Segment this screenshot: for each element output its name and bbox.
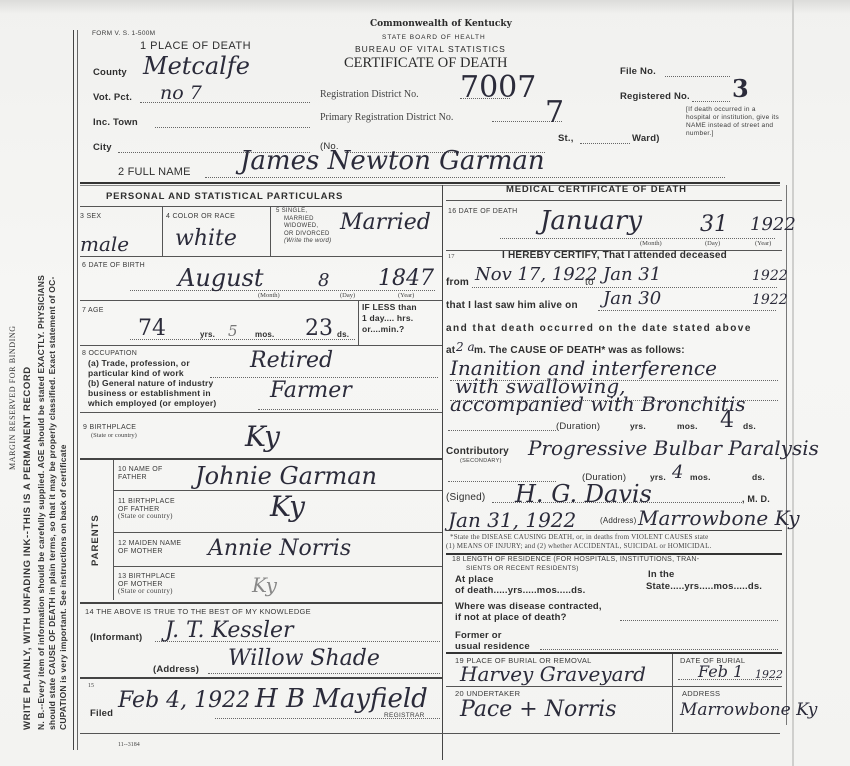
informant-value: J. T. Kessler [165, 618, 294, 643]
footnote-line-1: *State the DISEASE CAUSING DEATH, or, in… [450, 533, 708, 541]
marital-label-line: MARRIED [276, 216, 331, 224]
parents-side-divider [113, 460, 114, 600]
duration-1-ds-label: ds. [743, 421, 756, 431]
county-value: Metcalfe [143, 52, 250, 80]
filed-date: Feb 4, 1922 [118, 688, 250, 713]
bottom-divider [80, 733, 780, 734]
registrar-label: REGISTRAR [384, 712, 425, 719]
duration-2-ds-label: ds. [752, 472, 765, 482]
duration-1-dots [448, 430, 556, 431]
undertaker-address-value: Marrowbone Ky [680, 700, 817, 720]
sex-race-divider [162, 206, 163, 256]
secondary-label: (SECONDARY) [460, 458, 502, 464]
race-label: 4 COLOR OR RACE [166, 213, 235, 220]
former-line: Former or [455, 630, 530, 641]
vot-pct-label: Vot. Pct. [93, 92, 132, 103]
dod-day-caption: (Day) [705, 240, 720, 247]
birthplace-label: 9 BIRTHPLACE [83, 424, 136, 431]
race-marital-divider [270, 206, 271, 256]
note-line-1: N. B.--Every item of information should … [36, 275, 46, 730]
contracted-dots [620, 620, 778, 621]
father-name-value: Johnie Garman [195, 462, 377, 490]
residence-label-2: SIENTS OR RECENT RESIDENTS) [466, 565, 579, 572]
in-state-line: In the [646, 569, 762, 581]
dod-year: 1922 [750, 214, 796, 235]
vot-pct-value: no 7 [160, 82, 202, 104]
occ-a-label: (a) Trade, profession, or particular kin… [88, 358, 190, 378]
marital-label-line: (Write the word) [276, 238, 331, 246]
duration-2-mos-label: mos. [690, 472, 711, 482]
occ-b-line: which employed (or employer) [88, 398, 216, 408]
marital-label-line: WIDOWED, [276, 223, 331, 231]
left-border-line [73, 30, 74, 750]
registrar-signature: H B Mayfield [255, 684, 428, 714]
hospital-note: [If death occurred in a hospital or inst… [686, 106, 782, 138]
inc-town-label: Inc. Town [93, 117, 138, 128]
full-name-value: James Newton Garman [240, 146, 545, 176]
marital-label-line: OR DIVORCED [276, 231, 331, 239]
scan-edge-shadow [0, 0, 850, 14]
disease-contracted: Where was disease contracted, if not at … [455, 601, 602, 623]
informant-address-value: Willow Shade [228, 646, 380, 671]
full-name-line [205, 177, 725, 178]
dod-label: 16 DATE OF DEATH [448, 208, 518, 215]
age-years: 74 [138, 316, 166, 341]
dod-line [500, 238, 775, 239]
dob-day-caption: (Day) [340, 292, 355, 299]
father-birthplace-label-line: 11 BIRTHPLACE [118, 498, 175, 506]
dob-year-caption: (Year) [398, 292, 414, 299]
father-birthplace-label-line: (State or country) [118, 513, 175, 521]
signed-label: (Signed) [446, 492, 485, 503]
former-line: usual residence [455, 641, 530, 652]
mother-birthplace-label-line: 13 BIRTHPLACE [118, 573, 175, 581]
last-saw-value: Jan 30 [603, 288, 661, 309]
mother-birthplace-value: Ky [252, 573, 277, 597]
burial-divider [446, 652, 782, 654]
primary-reg-value: 7 [545, 95, 564, 130]
medical-title-divider [446, 200, 782, 201]
city-label: City [93, 142, 112, 153]
contributory-label: Contributory [446, 446, 509, 457]
contracted-line: Where was disease contracted, [455, 601, 602, 612]
death-certificate-page: MARGIN RESERVED FOR BINDING WRITE PLAINL… [0, 0, 850, 766]
former-dots [540, 649, 778, 650]
residence-label-1: 18 LENGTH OF RESIDENCE (FOR HOSPITALS, I… [452, 556, 699, 563]
mother-birthplace-label-line: (State or country) [118, 588, 175, 596]
medical-section-title: MEDICAL CERTIFICATE OF DEATH [506, 184, 687, 195]
in-state-line: State.....yrs.....mos.....ds. [646, 581, 762, 593]
duration-1-mos-label: mos. [677, 421, 698, 431]
at-place-line: of death.....yrs.....mos.....ds. [455, 585, 585, 596]
dob-month: August [178, 264, 264, 292]
occupation-label: 8 OCCUPATION [82, 350, 137, 357]
race-value: white [175, 226, 237, 251]
filed-divider [80, 677, 442, 679]
ward-label: Ward) [632, 133, 660, 144]
informant-address-line [208, 673, 440, 674]
to-year: 1922 [752, 268, 788, 284]
duration-1-yrs-label: yrs. [630, 421, 646, 431]
parents-side-label: PARENTS [90, 514, 101, 566]
form-number: FORM V. S. 1-500M [92, 30, 155, 37]
if-less-line: 1 day.... hrs. [362, 313, 417, 324]
at-time: 2 a [456, 340, 475, 354]
last-saw-line [598, 310, 776, 311]
sex-label: 3 SEX [80, 213, 101, 220]
mother-name-label-line: 12 MAIDEN NAME [118, 540, 181, 548]
from-date: Nov 17, 1922 [475, 264, 598, 285]
sex-value: male [80, 232, 129, 256]
reg-district-label: Registration District No. [320, 89, 419, 100]
commonwealth-heading: Commonwealth of Kentucky [370, 19, 512, 29]
undertaker-address-label: ADDRESS [682, 689, 720, 698]
duration-1-days: 4 [720, 408, 734, 433]
if-less-label: IF LESS than 1 day.... hrs. or....min.? [362, 302, 417, 335]
undertaker-value: Pace + Norris [460, 697, 617, 722]
margin-reserved-text: MARGIN RESERVED FOR BINDING [8, 325, 17, 470]
dod-year-caption: (Year) [755, 240, 771, 247]
left-border-line-inner [77, 30, 78, 750]
place-of-death-label: 1 PLACE OF DEATH [140, 40, 251, 52]
form-code: 11--3184 [118, 742, 140, 748]
file-no-line [665, 76, 730, 77]
dod-month: January [540, 206, 642, 236]
father-name-label-line: FATHER [118, 474, 163, 482]
at-place-of-death: At place of death.....yrs.....mos.....ds… [455, 574, 585, 596]
age-less-divider [358, 300, 359, 345]
duration-1-label: (Duration) [556, 421, 600, 432]
informant-section-label: 14 THE ABOVE IS TRUE TO THE BEST OF MY K… [85, 607, 311, 616]
note-line-3: CUPATION is very important. See instruct… [58, 444, 68, 730]
paper-right-edge [792, 0, 794, 766]
cause-text: m. The CAUSE OF DEATH* was as follows: [474, 345, 685, 356]
mother-birthplace-label: 13 BIRTHPLACE OF MOTHER (State or countr… [118, 573, 175, 596]
father-birthplace-value: Ky [270, 490, 305, 523]
filed-label: Filed [90, 708, 113, 719]
dod-month-caption: (Month) [640, 240, 662, 247]
dob-year: 1847 [378, 266, 434, 291]
column-divider [442, 185, 443, 760]
yrs-label: yrs. [200, 330, 215, 339]
contributory-value: Progressive Bulbar Paralysis [528, 436, 819, 460]
duration-2-yrs-label: yrs. [650, 472, 666, 482]
occ-b-line: (b) General nature of industry [88, 378, 216, 388]
at-label: at [446, 345, 455, 356]
dob-month-caption: (Month) [258, 292, 280, 299]
father-birthplace-label: 11 BIRTHPLACE OF FATHER (State or countr… [118, 498, 175, 521]
county-label: County [93, 67, 127, 78]
birthplace-sub: (State or country) [91, 432, 137, 439]
occ-a-line: particular kind of work [88, 368, 190, 378]
if-less-line: or....min.? [362, 324, 417, 335]
from-label: from [446, 277, 469, 288]
at-place-line: At place [455, 574, 585, 585]
informant-divider [80, 602, 442, 604]
row-divider [80, 412, 442, 413]
cause-line-3: accompanied with Bronchitis [450, 392, 745, 416]
registered-no-label: Registered No. [620, 91, 690, 102]
cert-number: 17 [448, 253, 455, 260]
to-date: Jan 31 [603, 264, 661, 285]
mother-name-label-line: OF MOTHER [118, 548, 181, 556]
reg-district-value: 7007 [460, 70, 536, 105]
father-name-label-line: 10 NAME OF [118, 466, 163, 474]
row-divider [80, 345, 442, 346]
occ-b-line: business or establishment in [88, 388, 216, 398]
physician-address-label: (Address) [600, 516, 636, 525]
signature-date: Jan 31, 1922 [448, 508, 576, 532]
full-name-label: 2 FULL NAME [118, 166, 191, 178]
burial-date-divider [672, 654, 673, 732]
street-st-label: St., [558, 133, 574, 144]
occ-b-value: Farmer [270, 378, 352, 403]
if-less-line: IF LESS than [362, 302, 417, 313]
signature-divider [446, 530, 782, 531]
dob-label: 6 DATE OF BIRTH [82, 262, 145, 269]
row-divider [80, 256, 442, 257]
informant-label: (Informant) [90, 632, 142, 643]
physician-signature: H. G. Davis [515, 480, 652, 508]
birthplace-value: Ky [245, 420, 280, 453]
registered-no-value: 3 [732, 74, 749, 103]
mother-name-label: 12 MAIDEN NAME OF MOTHER [118, 540, 181, 556]
certify-text: I HEREBY CERTIFY, That I attended deceas… [502, 250, 727, 261]
row-divider [113, 566, 442, 567]
dod-day: 31 [700, 212, 728, 237]
personal-section-title: PERSONAL AND STATISTICAL PARTICULARS [106, 191, 343, 202]
marital-value: Married [340, 210, 431, 235]
informant-address-label: (Address) [153, 664, 199, 675]
state-board-heading: STATE BOARD OF HEALTH [382, 34, 486, 41]
to-label: to [585, 277, 594, 288]
note-line-2: should state CAUSE OF DEATH in plain ter… [47, 277, 57, 731]
occ-a-value: Retired [250, 348, 333, 373]
occ-b-label: (b) General nature of industry business … [88, 378, 216, 408]
burial-date-value: Feb 1 [698, 662, 743, 681]
marital-label-line: 5 SINGLE, [276, 208, 331, 216]
father-name-label: 10 NAME OF FATHER [118, 466, 163, 482]
row-divider [113, 532, 442, 533]
footnote-line-2: (1) MEANS OF INJURY; and (2) whether ACC… [446, 542, 712, 550]
parents-divider [80, 458, 442, 460]
marital-label: 5 SINGLE, MARRIED WIDOWED, OR DIVORCED (… [276, 208, 331, 246]
bureau-heading: BUREAU OF VITAL STATISTICS [355, 44, 506, 54]
row-divider [80, 300, 442, 301]
ward-line [580, 143, 630, 144]
age-label: 7 AGE [82, 307, 104, 314]
physician-address-value: Marrowbone Ky [638, 506, 800, 530]
footnote-divider [446, 553, 782, 555]
in-state: In the State.....yrs.....mos.....ds. [646, 569, 762, 593]
primary-reg-label: Primary Registration District No. [320, 112, 453, 123]
md-label: , M. D. [742, 494, 770, 504]
occ-b-line-dots [258, 409, 438, 410]
mother-name-value: Annie Norris [208, 536, 351, 561]
write-plainly-text: WRITE PLAINLY, WITH UNFADING INK--THIS I… [22, 366, 33, 730]
age-months: 5 [228, 322, 238, 340]
file-no-label: File No. [620, 66, 656, 77]
contracted-line: if not at place of death? [455, 612, 602, 623]
duration-2-months: 4 [672, 462, 683, 483]
inc-town-line [155, 127, 310, 128]
ds-label: ds. [337, 330, 349, 339]
former-residence: Former or usual residence [455, 630, 530, 652]
mos-label: mos. [255, 330, 274, 339]
age-days: 23 [305, 316, 333, 341]
occ-a-line: (a) Trade, profession, or [88, 358, 190, 368]
registered-no-line [692, 101, 730, 102]
occurred-text: and that death occurred on the date stat… [446, 323, 752, 334]
dob-day: 8 [318, 270, 329, 291]
burial-year-value: 1922 [755, 668, 783, 681]
undertaker-divider [446, 686, 782, 687]
filed-number: 15 [88, 683, 94, 689]
last-saw-year: 1922 [752, 292, 788, 308]
personal-title-divider [80, 206, 442, 207]
last-saw-label: that I last saw him alive on [446, 300, 578, 311]
burial-place-value: Harvey Graveyard [460, 662, 646, 686]
